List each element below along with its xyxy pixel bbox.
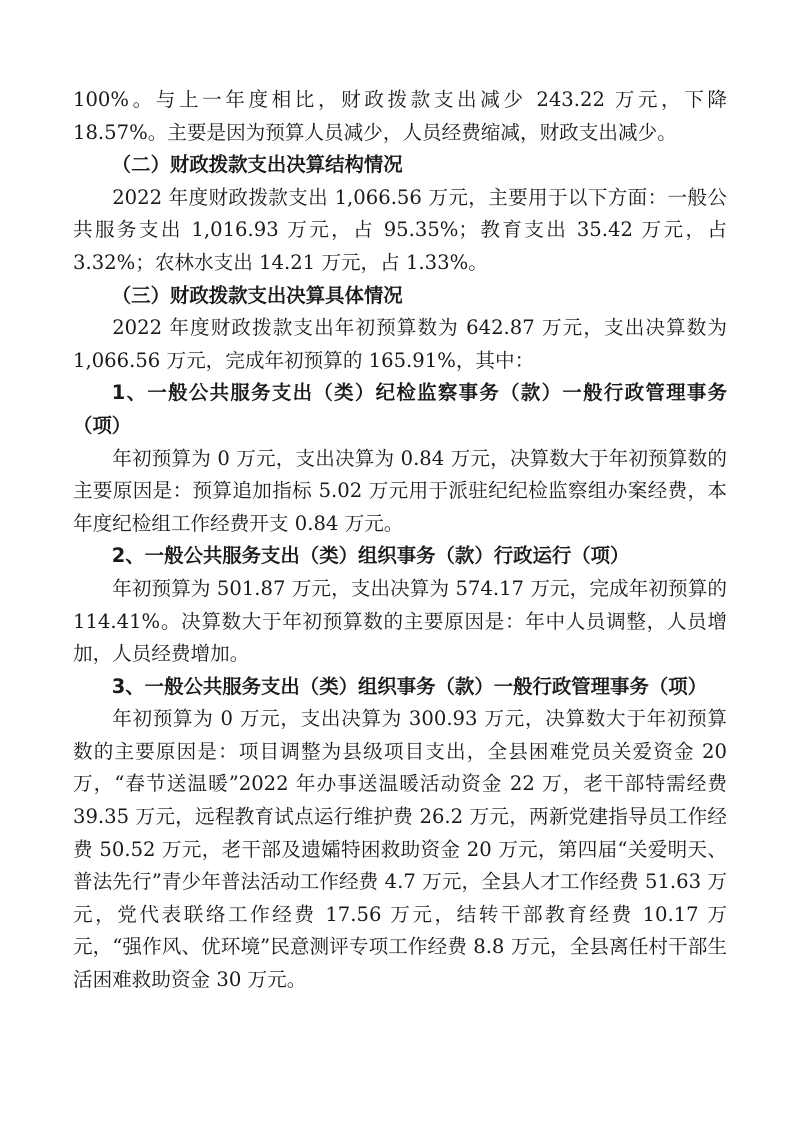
paragraph-item-3: 年初预算为 0 万元，支出决算为 300.93 万元，决算数大于年初预算数的主要… [73, 703, 727, 996]
paragraph-details-intro: 2022 年度财政拨款支出年初预算数为 642.87 万元，支出决算数为 1,0… [73, 312, 727, 377]
item-heading-2: 2、一般公共服务支出（类）组织事务（款）行政运行（项） [73, 540, 727, 573]
paragraph-structure: 2022 年度财政拨款支出 1,066.56 万元，主要用于以下方面：一般公共服… [73, 182, 727, 280]
section-heading-details: （三）财政拨款支出决算具体情况 [73, 280, 727, 313]
document-page: 100%。与上一年度相比，财政拨款支出减少 243.22 万元，下降 18.57… [73, 84, 727, 997]
paragraph-item-2: 年初预算为 501.87 万元，支出决算为 574.17 万元，完成年初预算的 … [73, 573, 727, 671]
paragraph-item-1: 年初预算为 0 万元，支出决算为 0.84 万元，决算数大于年初预算数的主要原因… [73, 443, 727, 541]
section-heading-structure: （二）财政拨款支出决算结构情况 [73, 149, 727, 182]
item-heading-1: 1、一般公共服务支出（类）纪检监察事务（款）一般行政管理事务（项） [73, 377, 727, 442]
item-heading-3: 3、一般公共服务支出（类）组织事务（款）一般行政管理事务（项） [73, 671, 727, 704]
paragraph-continuation: 100%。与上一年度相比，财政拨款支出减少 243.22 万元，下降 18.57… [73, 84, 727, 149]
